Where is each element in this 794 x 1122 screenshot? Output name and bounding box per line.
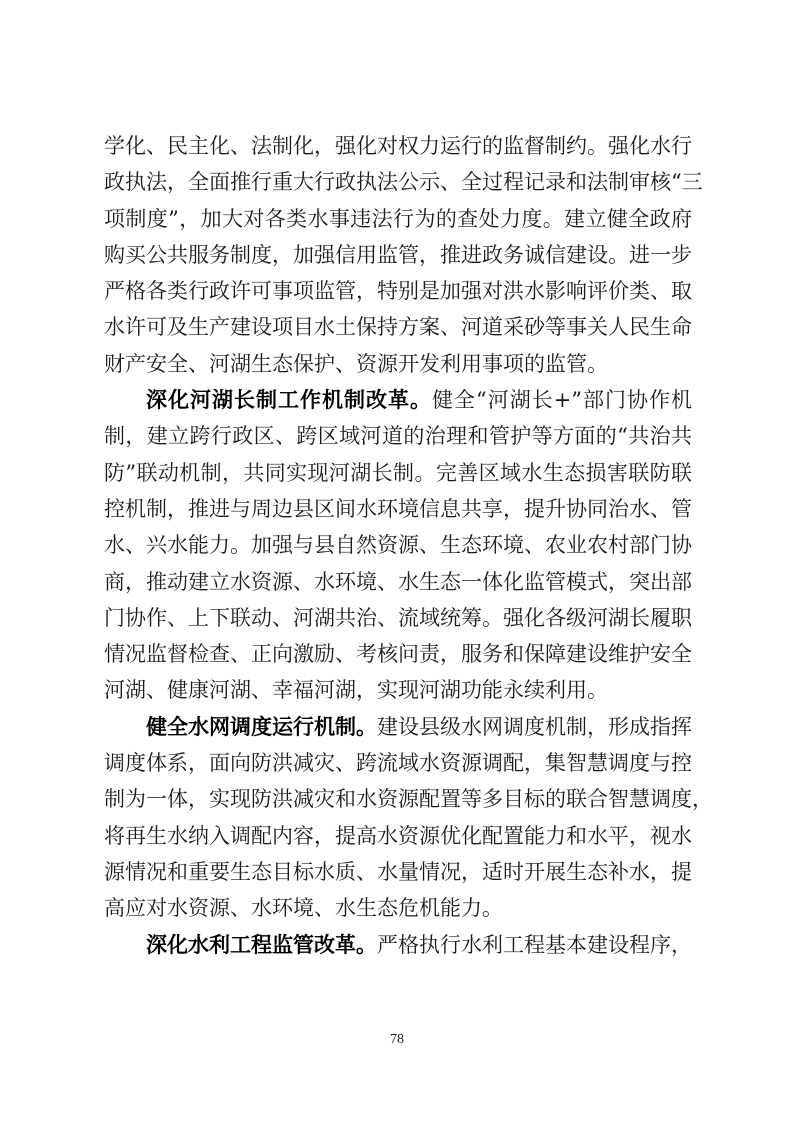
section-lead-heading: 深化水利工程监管改革。 (146, 932, 377, 957)
text-line: 购买公共服务制度，加强信用监管，推进政务诚信建设。进一步 (104, 237, 692, 273)
section-lead-heading: 深化河湖长制工作机制改革。 (146, 387, 432, 412)
text-line: 水、兴水能力。加强与县自然资源、生态环境、农业农村部门协 (104, 527, 692, 563)
text-line: 项制度”，加大对各类水事违法行为的查处力度。建立健全政府 (104, 201, 692, 237)
document-page: 学化、民主化、法制化，强化对权力运行的监督制约。强化水行 政执法，全面推行重大行… (0, 0, 794, 1122)
text-run: 建设县级水网调度机制，形成指挥 (377, 715, 692, 739)
text-line: 水许可及生产建设项目水土保持方案、河道采砂等事关人民生命 (104, 309, 692, 345)
text-line: 调度体系，面向防洪减灾、跨流域水资源调配，集智慧调度与控 (104, 745, 692, 781)
section-lead-heading: 健全水网调度运行机制。 (146, 714, 377, 739)
text-line: 河湖、健康河湖、幸福河湖，实现河湖功能永续利用。 (104, 672, 692, 708)
text-line: 门协作、上下联动、河湖共治、流域统筹。强化各级河湖长履职 (104, 600, 692, 636)
text-line: 学化、民主化、法制化，强化对权力运行的监督制约。强化水行 (104, 128, 692, 164)
body-text: 学化、民主化、法制化，强化对权力运行的监督制约。强化水行 政执法，全面推行重大行… (104, 128, 692, 963)
text-line: 严格各类行政许可事项监管，特别是加强对洪水影响评价类、取 (104, 273, 692, 309)
page-number: 78 (0, 1032, 794, 1048)
text-line: 财产安全、河湖生态保护、资源开发利用事项的监管。 (104, 346, 692, 382)
text-line: 情况监督检查、正向激励、考核问责，服务和保障建设维护安全 (104, 636, 692, 672)
text-line: 高应对水资源、水环境、水生态危机能力。 (104, 890, 692, 926)
paragraph-first-line: 深化水利工程监管改革。严格执行水利工程基本建设程序， (104, 927, 692, 963)
paragraph-first-line: 健全水网调度运行机制。建设县级水网调度机制，形成指挥 (104, 709, 692, 745)
text-run: 健全“河湖长+”部门协作机 (432, 388, 692, 412)
text-line: 制，建立跨行政区、跨区域河道的治理和管护等方面的“共治共 (104, 418, 692, 454)
text-line: 制为一体，实现防洪减灾和水资源配置等多目标的联合智慧调度， (104, 781, 692, 817)
text-run: 严格执行水利工程基本建设程序， (377, 933, 692, 957)
text-line: 控机制，推进与周边县区间水环境信息共享，提升协同治水、管 (104, 491, 692, 527)
text-line: 源情况和重要生态目标水质、水量情况，适时开展生态补水，提 (104, 854, 692, 890)
text-line: 防”联动机制，共同实现河湖长制。完善区域水生态损害联防联 (104, 455, 692, 491)
paragraph-first-line: 深化河湖长制工作机制改革。健全“河湖长+”部门协作机 (104, 382, 692, 418)
text-line: 政执法，全面推行重大行政执法公示、全过程记录和法制审核“三 (104, 164, 692, 200)
text-line: 商，推动建立水资源、水环境、水生态一体化监管模式，突出部 (104, 564, 692, 600)
text-line: 将再生水纳入调配内容，提高水资源优化配置能力和水平，视水 (104, 818, 692, 854)
